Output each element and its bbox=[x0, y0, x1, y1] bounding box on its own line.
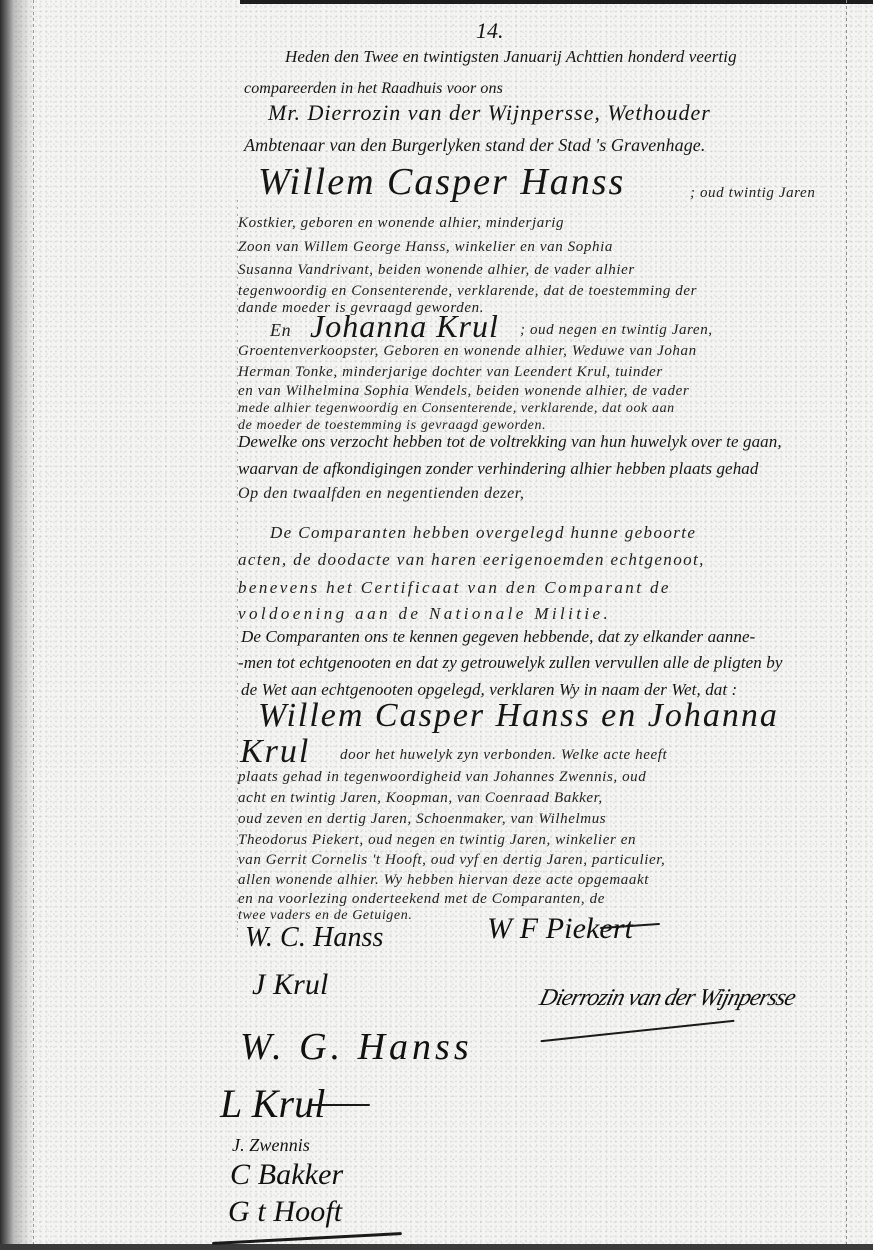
request-line-1: Dewelke ons verzocht hebben tot de voltr… bbox=[238, 432, 782, 452]
documents-line-4: voldoening aan de Nationale Militie. bbox=[238, 604, 611, 624]
bride-name: Johanna Krul bbox=[310, 308, 499, 345]
signature-officiant: Dierrozin van der Wijnpersse bbox=[537, 985, 798, 1012]
bottom-border-line bbox=[0, 1244, 873, 1250]
groom-line-1: Kostkier, geboren en wonende alhier, min… bbox=[238, 215, 564, 232]
request-line-3: Op den twaalfden en negentienden dezer, bbox=[238, 485, 524, 503]
request-line-2: waarvan de afkondigingen zonder verhinde… bbox=[238, 459, 759, 479]
signature-witness-zwennis: J. Zwennis bbox=[232, 1135, 310, 1156]
witnesses-line-1: plaats gehad in tegenwoordigheid van Joh… bbox=[238, 769, 646, 786]
groom-line-3: Susanna Vandrivant, beiden wonende alhie… bbox=[238, 262, 635, 279]
groom-name: Willem Casper Hanss bbox=[258, 160, 625, 204]
page-number: 14. bbox=[476, 18, 504, 44]
couple-names-line-2: door het huwelyk zyn verbonden. Welke ac… bbox=[340, 747, 667, 764]
witnesses-line-6: allen wonende alhier. Wy hebben hiervan … bbox=[238, 872, 649, 889]
signature-groom: W. C. Hanss bbox=[245, 922, 384, 954]
couple-names-line-1: Willem Casper Hanss en Johanna bbox=[258, 697, 779, 735]
top-border-line bbox=[240, 0, 873, 4]
signature-witness-hooft: G t Hooft bbox=[228, 1195, 342, 1229]
signature-bride: J Krul bbox=[252, 968, 328, 1002]
witnesses-line-7: en na voorlezing onderteekend met de Com… bbox=[238, 891, 605, 908]
witnesses-line-4: Theodorus Piekert, oud negen en twintig … bbox=[238, 832, 636, 849]
groom-age: ; oud twintig Jaren bbox=[690, 185, 815, 202]
declaration-line-1: De Comparanten ons te kennen gegeven heb… bbox=[241, 627, 755, 647]
signature-groom-father: W. G. Hanss bbox=[240, 1025, 473, 1069]
witnesses-line-2: acht en twintig Jaren, Koopman, van Coen… bbox=[238, 790, 603, 807]
groom-line-4: tegenwoordig en Consenterende, verklaren… bbox=[238, 283, 697, 300]
header-line-1: Heden den Twee en twintigsten Januarij A… bbox=[285, 47, 737, 67]
signature-witness-bakker: C Bakker bbox=[230, 1158, 343, 1192]
declaration-line-2: -men tot echtgenooten en dat zy getrouwe… bbox=[238, 653, 783, 673]
bride-line-2: Herman Tonke, minderjarige dochter van L… bbox=[238, 364, 663, 381]
bride-line-3: en van Wilhelmina Sophia Wendels, beiden… bbox=[238, 383, 689, 400]
groom-line-2: Zoon van Willem George Hanss, winkelier … bbox=[238, 239, 613, 256]
header-line-2: compareerden in het Raadhuis voor ons bbox=[244, 80, 503, 98]
documents-line-2: acten, de doodacte van haren eerigenoemd… bbox=[238, 550, 705, 570]
right-ruled-line bbox=[846, 0, 847, 1245]
bride-line-1: Groentenverkoopster, Geboren en wonende … bbox=[238, 343, 697, 360]
couple-names-bride-surname: Krul bbox=[240, 733, 310, 771]
witnesses-line-5: van Gerrit Cornelis 't Hooft, oud vyf en… bbox=[238, 852, 665, 869]
bride-prefix: En bbox=[270, 320, 291, 341]
documents-line-1: De Comparanten hebben overgelegd hunne g… bbox=[270, 523, 696, 543]
book-binding-edge bbox=[0, 0, 14, 1250]
signature-krul-flourish bbox=[310, 1104, 370, 1106]
margin-rule bbox=[33, 0, 34, 1245]
bride-age: ; oud negen en twintig Jaren, bbox=[520, 322, 713, 339]
binding-shadow bbox=[14, 0, 34, 1250]
header-line-4: Ambtenaar van den Burgerlyken stand der … bbox=[244, 135, 706, 156]
documents-line-3: benevens het Certificaat van den Compara… bbox=[238, 578, 671, 598]
bride-line-4: mede alhier tegenwoordig en Consenterend… bbox=[238, 401, 675, 417]
witnesses-line-3: oud zeven en dertig Jaren, Schoenmaker, … bbox=[238, 811, 606, 828]
signature-witness-piekert: W F Piekert bbox=[487, 912, 633, 946]
officiant-name: Mr. Dierrozin van der Wijnpersse, Wethou… bbox=[268, 100, 711, 126]
